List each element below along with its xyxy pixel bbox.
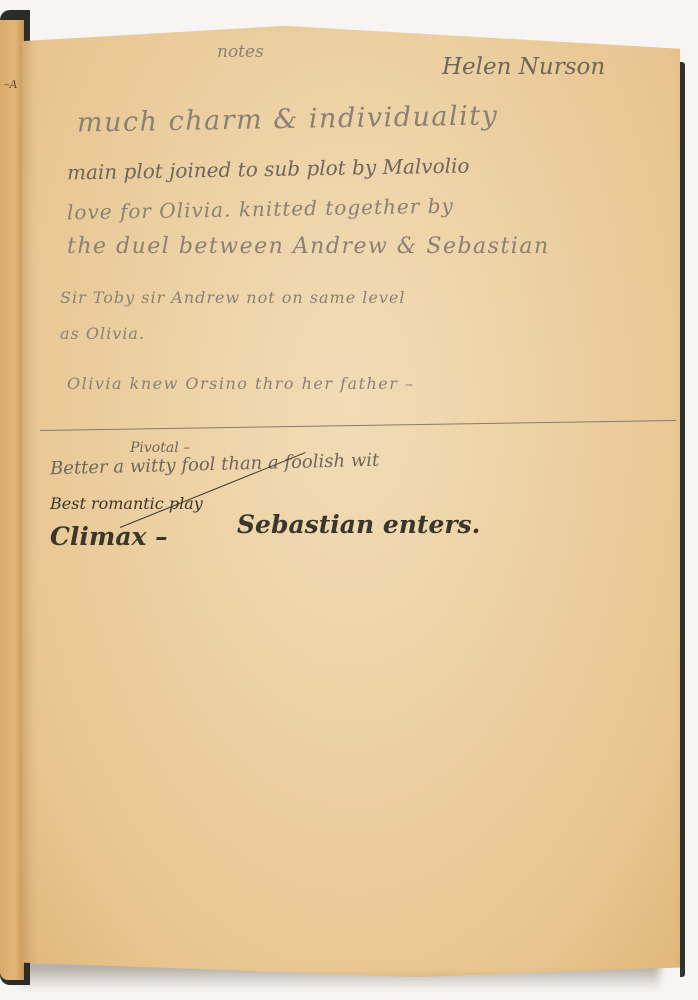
- header-author: Helen Nurson: [442, 54, 605, 80]
- book-cover-edge: [680, 62, 685, 977]
- notebook-page: notes Helen Nurson much charm & individu…: [22, 22, 680, 977]
- annotation-pivotal: Pivotal –: [130, 440, 190, 456]
- quote-line: Better a witty fool than a foolish wit: [50, 450, 380, 480]
- facing-page-edge: –A: [0, 20, 24, 980]
- note-line-1: much charm & individuality: [77, 100, 499, 138]
- note-line-3: love for Olivia. knitted together by: [67, 194, 454, 225]
- note-line-4: the duel between Andrew & Sebastian: [67, 234, 550, 259]
- note-line-2: main plot joined to sub plot by Malvolio: [67, 153, 470, 184]
- note-line-6: as Olivia.: [60, 324, 145, 343]
- divider-line: [40, 420, 676, 431]
- climax-label: Climax –: [50, 522, 168, 551]
- note-line-7: Olivia knew Orsino thro her father –: [67, 374, 415, 393]
- climax-text: Sebastian enters.: [237, 510, 480, 539]
- margin-mark: –A: [4, 78, 17, 91]
- header-title: notes: [217, 42, 264, 62]
- note-line-5: Sir Toby sir Andrew not on same level: [60, 288, 405, 307]
